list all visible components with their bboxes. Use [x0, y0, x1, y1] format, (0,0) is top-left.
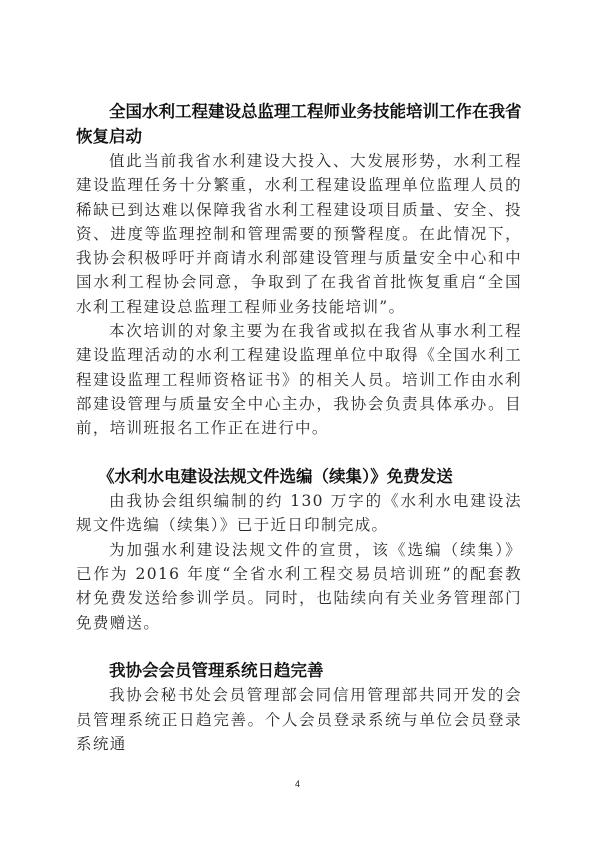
section-heading: 我协会会员管理系统日趋完善 — [76, 659, 522, 684]
section-spacer — [76, 635, 522, 659]
paragraph: 由我协会组织编制的约 130 万字的《水利水电建设法规文件选编（续集）》已于近日… — [76, 489, 522, 538]
paragraph: 本次培训的对象主要为在我省或拟在我省从事水利工程建设监理活动的水利工程建设监理单… — [76, 319, 522, 440]
section-training-restart: 全国水利工程建设总监理工程师业务技能培训工作在我省恢复启动 值此当前我省水利建设… — [76, 100, 522, 441]
document-page: 全国水利工程建设总监理工程师业务技能培训工作在我省恢复启动 值此当前我省水利建设… — [76, 100, 522, 756]
section-member-system: 我协会会员管理系统日趋完善 我协会秘书处会员管理部会同信用管理部共同开发的会员管… — [76, 659, 522, 756]
paragraph: 为加强水利建设法规文件的宣贯，该《选编（续集）》已作为 2016 年度“全省水利… — [76, 538, 522, 635]
page-number: 4 — [0, 779, 595, 789]
section-heading: 全国水利工程建设总监理工程师业务技能培训工作在我省恢复启动 — [76, 100, 522, 149]
section-spacer — [76, 441, 522, 465]
section-heading: 《水利水电建设法规文件选编（续集）》免费发送 — [76, 465, 522, 490]
section-regulations-book: 《水利水电建设法规文件选编（续集）》免费发送 由我协会组织编制的约 130 万字… — [76, 465, 522, 635]
paragraph: 值此当前我省水利建设大投入、大发展形势，水利工程建设监理任务十分繁重，水利工程建… — [76, 149, 522, 319]
paragraph: 我协会秘书处会员管理部会同信用管理部共同开发的会员管理系统正日趋完善。个人会员登… — [76, 683, 522, 756]
